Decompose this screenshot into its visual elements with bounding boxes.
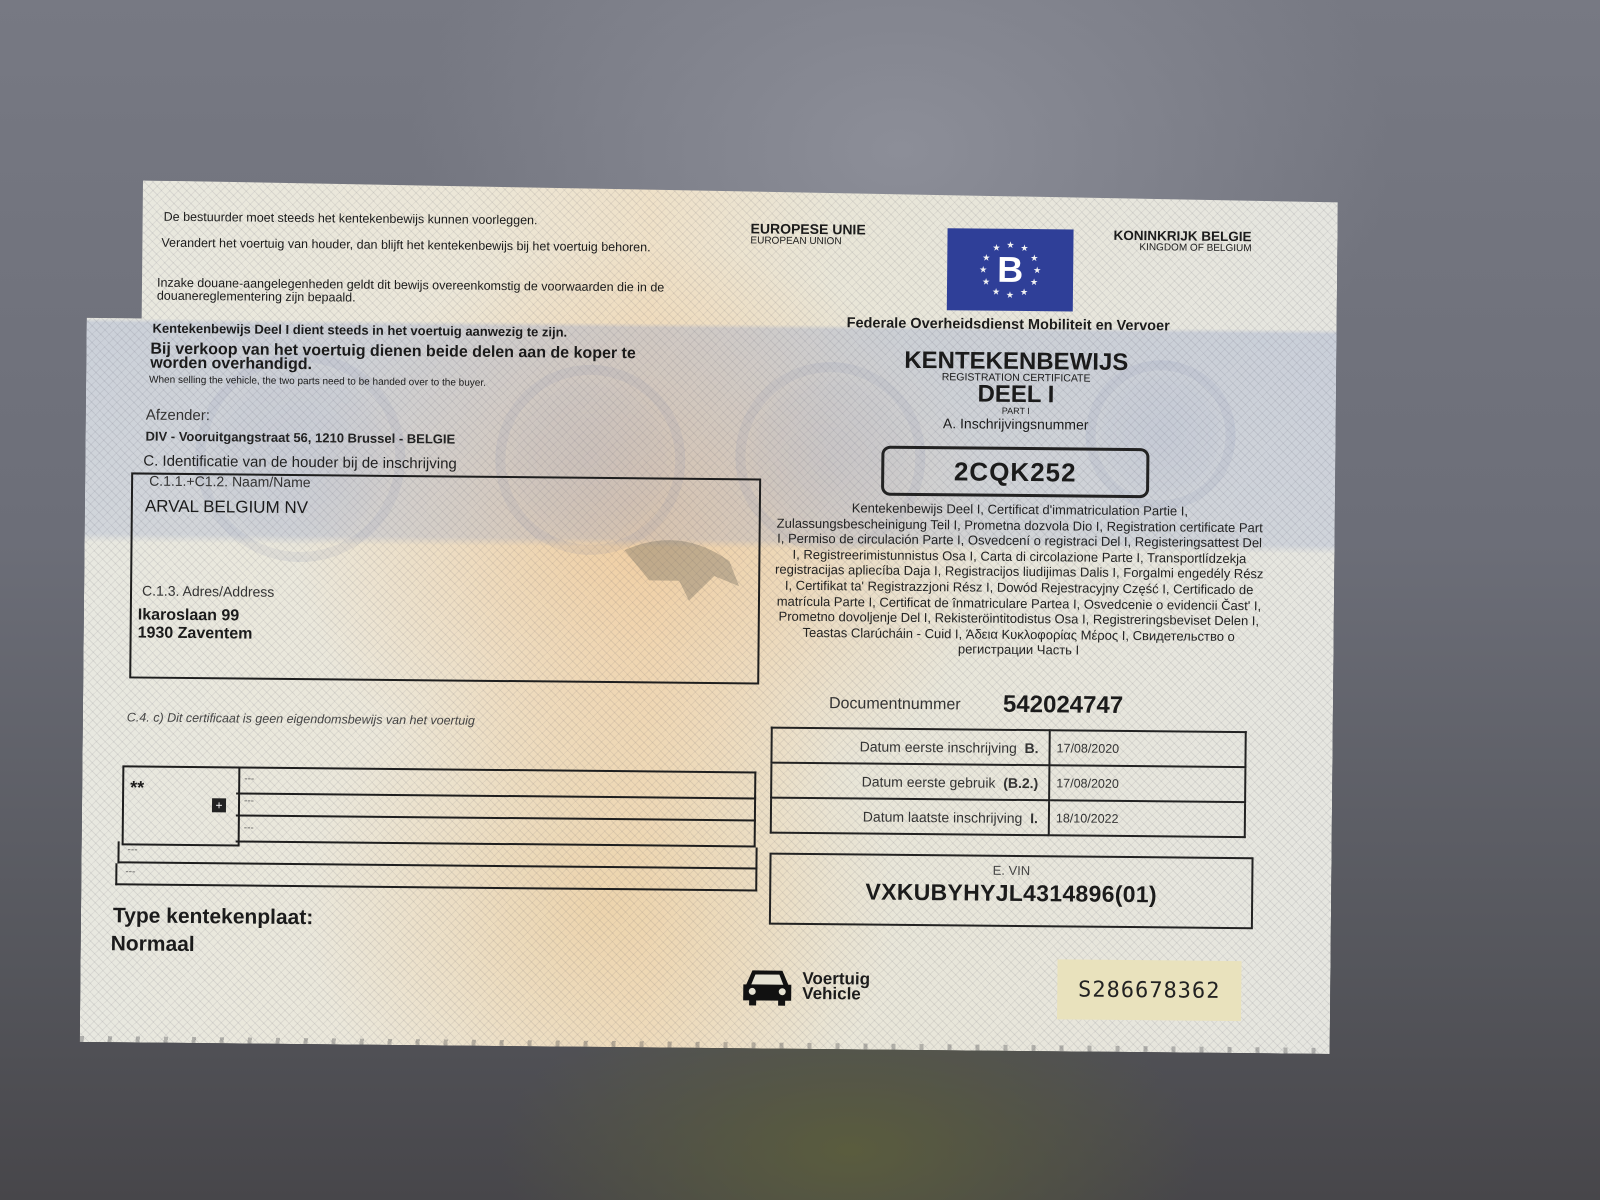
multilingual-titles: Kentekenbewijs Deel I, Certificat d'imma… xyxy=(773,500,1264,661)
date-value: 17/08/2020 xyxy=(1049,765,1245,802)
holder-address-line1: Ikaroslaan 99 xyxy=(138,606,240,625)
date-label: Datum eerste gebruik (B.2.) xyxy=(771,763,1049,801)
vin-value: VXKUBYHYJL4314896(01) xyxy=(771,878,1251,910)
notice-owner-change: Verandert het voertuig van houder, dan b… xyxy=(161,237,681,255)
holder-address-line2: 1930 Zaventem xyxy=(138,624,253,643)
notice-driver: De bestuurder moet steeds het kentekenbe… xyxy=(164,211,538,228)
date-label: Datum eerste inschrijving B. xyxy=(771,728,1049,766)
holder-name-label: C.1.1.+C1.2. Naam/Name xyxy=(149,473,311,491)
country-letter: B xyxy=(997,249,1023,291)
date-value: 17/08/2020 xyxy=(1049,730,1245,767)
notice-deel-present: Kentekenbewijs Deel I dient steeds in he… xyxy=(153,321,568,340)
sender-label: Afzender: xyxy=(146,407,210,425)
plate-type-label: Type kentekenplaat: xyxy=(113,904,314,930)
registration-number-box: 2CQK252 xyxy=(881,446,1149,499)
notice-sale-nl: Bij verkoop van het voertuig dienen beid… xyxy=(150,343,670,376)
table-row: Datum eerste inschrijving B. 17/08/2020 xyxy=(771,728,1245,768)
kingdom-title-en: KINGDOM OF BELGIUM xyxy=(1139,242,1251,254)
holder-name: ARVAL BELGIUM NV xyxy=(145,497,308,519)
document-number: 542024747 xyxy=(1003,691,1123,720)
eu-flag-emblem: ★ ★ ★ ★ ★ ★ ★ ★ ★ ★ ★ ★ B xyxy=(947,228,1074,311)
registration-certificate: De bestuurder moet steeds het kentekenbe… xyxy=(80,180,1338,1054)
vin-box: E. VIN VXKUBYHYJL4314896(01) xyxy=(769,853,1254,930)
authority-name: Federale Overheidsdienst Mobiliteit en V… xyxy=(847,315,1170,334)
date-label: Datum laatste inschrijving I. xyxy=(771,798,1049,836)
car-icon xyxy=(742,966,792,1006)
vin-label: E. VIN xyxy=(771,861,1251,881)
vehicle-label: Voertuig Vehicle xyxy=(802,971,870,1002)
document-number-label: Documentnummer xyxy=(829,695,961,714)
extra-grid-left-cell: ** + xyxy=(122,765,241,846)
notice-sale-en: When selling the vehicle, the two parts … xyxy=(149,375,486,389)
title-part: DEEL I xyxy=(846,381,1186,408)
holder-address-label: C.1.3. Adres/Address xyxy=(142,583,274,600)
table-row: Datum laatste inschrijving I. 18/10/2022 xyxy=(771,798,1245,838)
notice-customs: Inzake douane-aangelegenheden geldt dit … xyxy=(157,277,702,308)
holder-box: C.1.1.+C1.2. Naam/Name ARVAL BELGIUM NV … xyxy=(129,472,761,684)
serial-number: S286678362 xyxy=(1057,959,1242,1021)
registration-number: 2CQK252 xyxy=(954,456,1077,488)
plus-square-icon: + xyxy=(212,798,226,812)
ownership-note: C.4. c) Dit certificaat is geen eigendom… xyxy=(127,710,475,727)
eu-title-en: EUROPEAN UNION xyxy=(750,235,841,247)
date-value: 18/10/2022 xyxy=(1049,800,1245,837)
extra-grid-marker: ** xyxy=(130,777,144,798)
title-block: KENTEKENBEWIJS REGISTRATION CERTIFICATE … xyxy=(846,349,1187,434)
title-main: KENTEKENBEWIJS xyxy=(846,349,1186,374)
registration-number-label: A. Inschrijvingsnummer xyxy=(846,413,1186,434)
holder-section-title: C. Identificatie van de houder bij de in… xyxy=(143,453,457,473)
plate-type-value: Normaal xyxy=(111,932,195,957)
sender-address: DIV - Vooruitgangstraat 56, 1210 Brussel… xyxy=(145,429,455,447)
registration-dates-table: Datum eerste inschrijving B. 17/08/2020 … xyxy=(770,727,1247,839)
table-row: Datum eerste gebruik (B.2.) 17/08/2020 xyxy=(771,763,1245,803)
